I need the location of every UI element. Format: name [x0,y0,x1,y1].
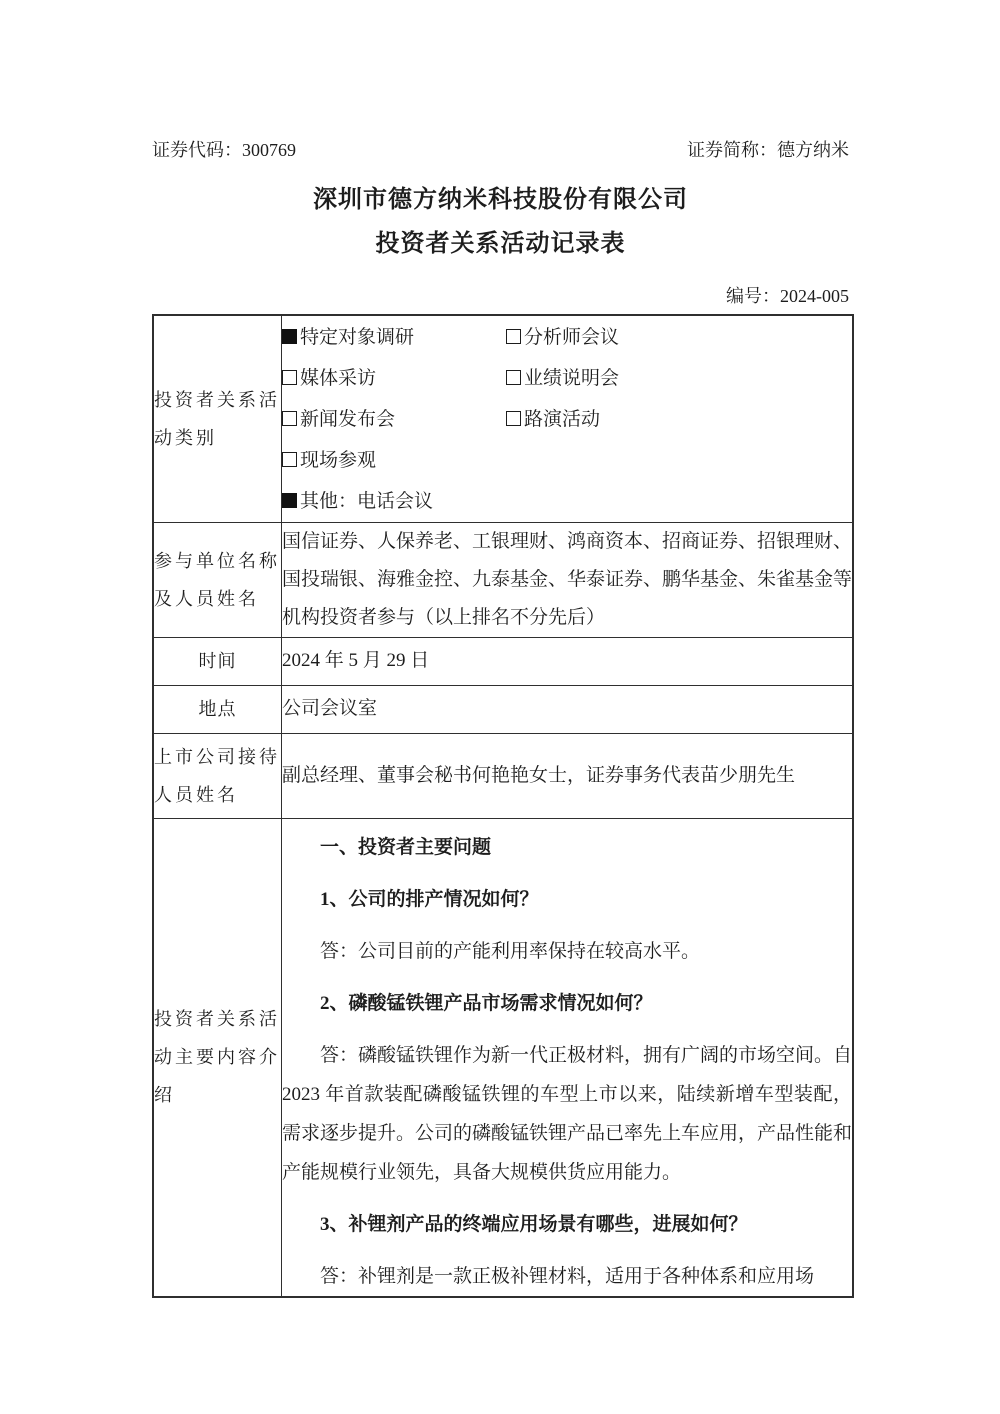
option-analyst-meeting: 分析师会议 [506,319,852,357]
participants-value: 国信证券、人保养老、工银理财、鸿商资本、招商证券、招银理财、国投瑞银、海雅金控、… [282,522,854,637]
option-site-visit: 现场参观 [282,442,506,480]
checkbox-icon [506,411,521,426]
activity-type-row: 投资者关系活动类别 特定对象调研 分析师会议 媒体采访 [153,315,853,522]
option-specific-object-research: 特定对象调研 [282,319,506,357]
qa-section-heading: 一、投资者主要问题 [282,828,852,867]
location-row-label: 地点 [153,685,282,733]
location-value: 公司会议室 [282,685,854,733]
stock-code-label: 证券代码：300769 [152,139,296,161]
qa-answer-2: 答：磷酸锰铁锂作为新一代正极材料，拥有广阔的市场空间。自 2023 年首款装配磷… [282,1036,852,1192]
time-row: 时间 2024 年 5 月 29 日 [153,637,853,685]
reception-row-label: 上市公司接待人员姓名 [153,733,282,818]
checkbox-icon [282,411,297,426]
option-media-interview: 媒体采访 [282,360,506,398]
document-title: 深圳市德方纳米科技股份有限公司 [152,185,849,215]
document-page: 证券代码：300769 证券简称：德方纳米 深圳市德方纳米科技股份有限公司 投资… [0,0,1000,1414]
checkbox-icon [506,329,521,344]
participants-row: 参与单位名称及人员姓名 国信证券、人保养老、工银理财、鸿商资本、招商证券、招银理… [153,522,853,637]
activity-type-row-label: 投资者关系活动类别 [153,315,282,522]
time-row-label: 时间 [153,637,282,685]
option-other: 其他：电话会议 [282,483,506,521]
main-content-value-cell: 一、投资者主要问题 1、公司的排产情况如何？ 答：公司目前的产能利用率保持在较高… [282,818,854,1297]
main-content-row: 投资者关系活动主要内容介绍 一、投资者主要问题 1、公司的排产情况如何？ 答：公… [153,818,853,1297]
main-content-row-label: 投资者关系活动主要内容介绍 [153,818,282,1297]
checkbox-icon [282,493,297,508]
qa-question-1: 1、公司的排产情况如何？ [282,880,852,919]
option-earnings-briefing: 业绩说明会 [506,360,852,398]
document-content: 证券代码：300769 证券简称：德方纳米 深圳市德方纳米科技股份有限公司 投资… [152,0,849,1298]
qa-question-2: 2、磷酸锰铁锂产品市场需求情况如何？ [282,984,852,1023]
checkbox-label: 其他：电话会议 [300,491,433,512]
document-subtitle: 投资者关系活动记录表 [152,229,849,259]
stock-short-name-label: 证券简称：德方纳米 [687,139,849,161]
checkbox-label: 媒体采访 [300,368,376,389]
reception-value: 副总经理、董事会秘书何艳艳女士，证券事务代表苗少朋先生 [282,733,854,818]
checkbox-label: 现场参观 [300,450,376,471]
document-number: 编号：2024-005 [152,285,849,307]
checkbox-icon [282,452,297,467]
document-meta-row: 证券代码：300769 证券简称：德方纳米 [152,0,849,161]
checkbox-label: 新闻发布会 [300,409,395,430]
activity-type-value-cell: 特定对象调研 分析师会议 媒体采访 业绩说明会 [282,315,854,522]
checkbox-icon [282,329,297,344]
activity-type-options: 特定对象调研 分析师会议 媒体采访 业绩说明会 [282,316,852,521]
participants-row-label: 参与单位名称及人员姓名 [153,522,282,637]
checkbox-label: 业绩说明会 [524,368,619,389]
record-table: 投资者关系活动类别 特定对象调研 分析师会议 媒体采访 [152,314,854,1298]
reception-row: 上市公司接待人员姓名 副总经理、董事会秘书何艳艳女士，证券事务代表苗少朋先生 [153,733,853,818]
checkbox-label: 分析师会议 [524,327,619,348]
checkbox-label: 特定对象调研 [300,327,414,348]
option-press-conference: 新闻发布会 [282,401,506,439]
option-roadshow: 路演活动 [506,401,852,439]
checkbox-label: 路演活动 [524,409,600,430]
qa-answer-1: 答：公司目前的产能利用率保持在较高水平。 [282,932,852,971]
qa-question-3: 3、补锂剂产品的终端应用场景有哪些，进展如何？ [282,1205,852,1244]
checkbox-icon [282,370,297,385]
time-value: 2024 年 5 月 29 日 [282,637,854,685]
qa-answer-3: 答：补锂剂是一款正极补锂材料，适用于各种体系和应用场 [282,1257,852,1296]
location-row: 地点 公司会议室 [153,685,853,733]
checkbox-icon [506,370,521,385]
